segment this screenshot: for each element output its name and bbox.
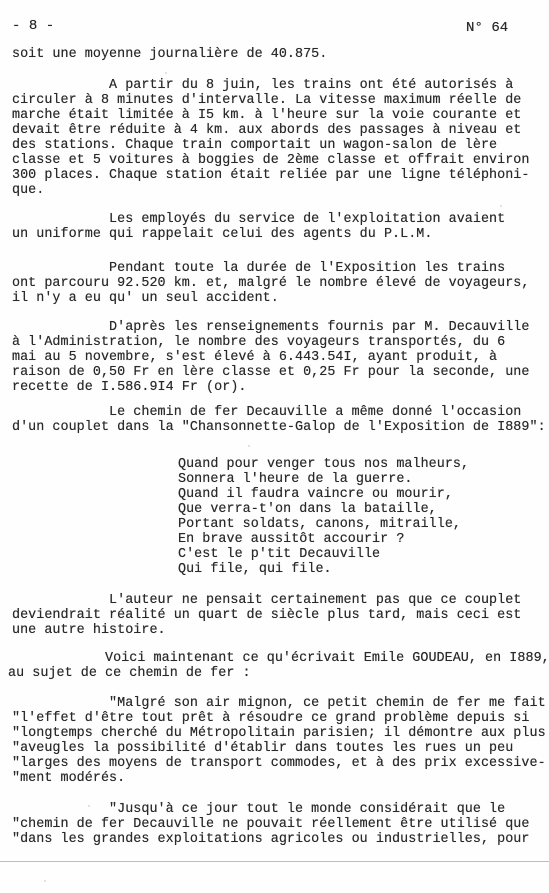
text-line: "Malgré son air mignon, ce petit chemin … xyxy=(12,696,546,711)
text-line: "dans les grandes exploitations agricole… xyxy=(12,832,529,847)
text-line: D'après les renseignements fournis par M… xyxy=(12,320,529,335)
paper-speck xyxy=(500,205,502,207)
text-line: "l'effet d'être tout prêt à résoudre ce … xyxy=(12,711,529,726)
text-line: classe et 5 voitures à boggies de 2ème c… xyxy=(12,153,529,168)
document-number: N° 64 xyxy=(466,21,508,36)
paper-speck xyxy=(88,805,90,807)
text-line: marche était limitée à I5 km. à l'heure … xyxy=(12,108,521,123)
text-line: deviendrait réalité un quart de siècle p… xyxy=(12,608,521,623)
text-line: Les employés du service de l'exploitatio… xyxy=(12,212,505,227)
text-line: "aveugles la possibilité d'établir dans … xyxy=(12,741,513,756)
text-line: 300 places. Chaque station était reliée … xyxy=(12,168,529,183)
text-line: une autre histoire. xyxy=(12,623,166,638)
typewritten-page: - 8 - N° 64 soit une moyenne journalière… xyxy=(0,0,549,893)
text-line: à l'Administration, le nombre des voyage… xyxy=(12,335,505,350)
paper-speck xyxy=(44,880,46,882)
text-line: "longtemps cherché du Métropolitain pari… xyxy=(12,726,546,741)
page-bottom-edge xyxy=(0,861,549,862)
text-line: des stations. Chaque train comportait un… xyxy=(12,138,497,153)
verse-line: C'est le p'tit Decauville xyxy=(178,547,380,562)
text-line: L'auteur ne pensait certainement pas que… xyxy=(12,593,521,608)
page-number: - 8 - xyxy=(12,19,54,34)
text-line: mai au 5 novembre, s'est élevé à 6.443.5… xyxy=(12,350,497,365)
text-line: Voici maintenant ce qu'écrivait Emile GO… xyxy=(8,651,549,666)
text-line: ont parcouru 92.520 km. et, malgré le no… xyxy=(12,276,529,291)
text-line: raison de 0,50 Fr en lère classe et 0,25… xyxy=(12,365,529,380)
verse-line: Quand pour venger tous nos malheurs, xyxy=(178,457,469,472)
text-line: devait être réduite à 4 km. aux abords d… xyxy=(12,123,521,138)
verse-line: En brave aussitôt accourir ? xyxy=(178,532,404,547)
paper-speck xyxy=(248,445,250,447)
text-line: au sujet de ce chemin de fer : xyxy=(8,666,251,681)
text-line: d'un couplet dans la "Chansonnette-Galop… xyxy=(12,420,546,435)
opening-line: soit une moyenne journalière de 40.875. xyxy=(12,47,327,62)
verse-line: Que verra-t'on dans la bataille, xyxy=(178,502,437,517)
text-line: "Jusqu'à ce jour tout le monde considéra… xyxy=(12,802,505,817)
text-line: A partir du 8 juin, les trains ont été a… xyxy=(12,78,513,93)
verse-line: Quand il faudra vaincre ou mourir, xyxy=(178,487,453,502)
verse-line: Sonnera l'heure de la guerre. xyxy=(178,472,413,487)
paper-speck xyxy=(165,72,167,74)
text-line: "ment modérés. xyxy=(12,771,125,786)
text-line: Le chemin de fer Decauville a même donné… xyxy=(12,405,521,420)
text-line: que. xyxy=(12,183,44,198)
text-line: "chemin de fer Decauville ne pouvait rée… xyxy=(12,817,529,832)
text-line: "larges des moyens de transport commodes… xyxy=(12,756,546,771)
text-line: Pendant toute la durée de l'Exposition l… xyxy=(12,261,505,276)
verse-line: Qui file, qui file. xyxy=(178,562,332,577)
text-line: un uniforme qui rappelait celui des agen… xyxy=(12,227,432,242)
verse-line: Portant soldats, canons, mitraille, xyxy=(178,517,461,532)
text-line: recette de I.586.9I4 Fr (or). xyxy=(12,380,247,395)
text-line: circuler à 8 minutes d'intervalle. La vi… xyxy=(12,93,521,108)
text-line: il n'y a eu qu' un seul accident. xyxy=(12,291,279,306)
